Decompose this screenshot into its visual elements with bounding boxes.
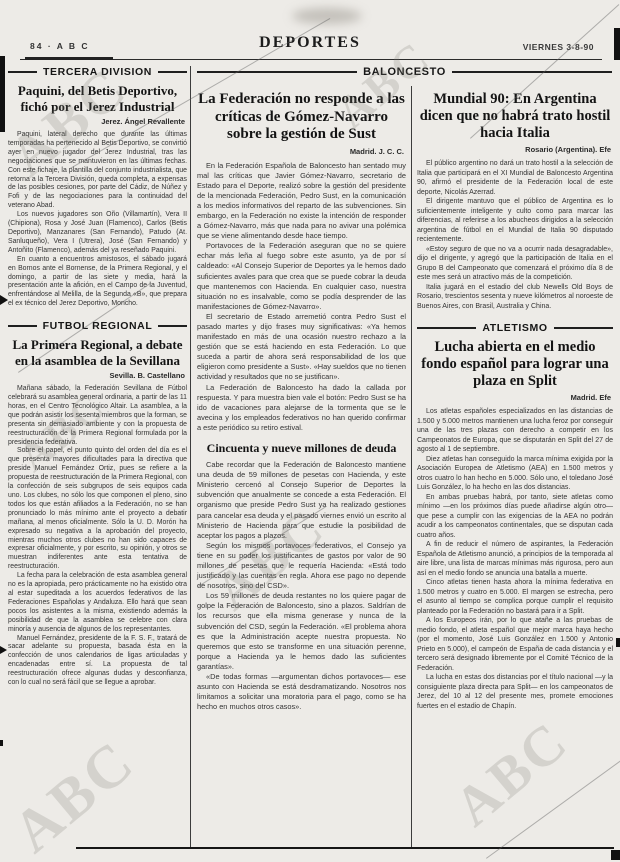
kicker-label: TERCERA DIVISION: [43, 66, 152, 78]
kicker-rule: [8, 71, 37, 73]
body-paragraph: Portavoces de la Federación aseguran que…: [197, 241, 406, 312]
body-paragraph: El público argentino no dará un trato ho…: [417, 159, 613, 197]
headline: Lucha abierta en el medio fondo español …: [417, 339, 613, 390]
body-paragraph: A fin de reducir el número de aspirantes…: [417, 540, 613, 578]
byline: Madrid. J. C. C.: [197, 147, 404, 156]
byline: Sevilla. B. Castellano: [8, 371, 185, 380]
abc-watermark: ABC: [0, 726, 148, 862]
kicker-rule: [158, 325, 187, 327]
body-paragraph: A los Europeos irán, por lo que atañe a …: [417, 616, 613, 673]
kicker-label: FUTBOL REGIONAL: [43, 320, 153, 332]
section-header-atletismo: ATLETISMO: [417, 322, 613, 334]
section-header-baloncesto: BALONCESTO: [197, 66, 612, 78]
body-paragraph: «Estoy seguro de que no va a ocurrir nad…: [417, 245, 613, 283]
kicker-rule: [197, 71, 357, 73]
issue-date: VIERNES 3-8-90: [523, 42, 594, 52]
column-divider: [411, 86, 412, 848]
kicker-rule: [158, 71, 187, 73]
headline: La Federación no responde a las críticas…: [197, 91, 406, 144]
scan-artifact: [0, 295, 8, 305]
body-paragraph: En cuanto a encuentros amistosos, el sáb…: [8, 256, 187, 309]
headline: Paquini, del Betis Deportivo, fichó por …: [8, 83, 187, 114]
kicker-label: ATLETISMO: [482, 322, 547, 334]
body-paragraph: Mañana sábado, la Federación Sevillana d…: [8, 385, 187, 447]
scan-smudge: [292, 8, 362, 24]
body-paragraph: Los 59 millones de deuda restantes no lo…: [197, 591, 406, 672]
body-paragraph: Paquini, lateral derecho que durante las…: [8, 131, 187, 211]
body-paragraph: Manuel Fernández, presidente de la F. S.…: [8, 635, 187, 688]
center-column: La Federación no responde a las críticas…: [197, 86, 406, 712]
body-paragraph: En la Federación Española de Baloncesto …: [197, 161, 406, 242]
body-paragraph: Cabe recordar que la Federación de Balon…: [197, 460, 406, 541]
body-paragraph: En ambas pruebas habrá, por tanto, siete…: [417, 493, 613, 541]
scan-artifact: [0, 740, 3, 746]
kicker-rule: [452, 71, 612, 73]
kicker-rule: [417, 327, 476, 329]
scan-artifact: [0, 56, 5, 132]
byline: Rosario (Argentina). Efe: [417, 145, 611, 154]
body-paragraph: Italia jugará en el estadio del club New…: [417, 283, 613, 312]
body-paragraph: Los atletas españoles especializados en …: [417, 407, 613, 455]
byline: Madrid. Efe: [417, 393, 611, 402]
scan-artifact: [614, 28, 620, 60]
body-paragraph: Diez atletas han conseguido la marca mín…: [417, 455, 613, 493]
kicker-label: BALONCESTO: [363, 66, 446, 78]
bottom-rule: [76, 847, 614, 849]
column-divider: [190, 66, 191, 848]
body-paragraph: «De todas formas —argumentan dichos port…: [197, 672, 406, 712]
subheadline: Cincuenta y nueve millones de deuda: [197, 441, 406, 455]
section-header-futbol-regional: FUTBOL REGIONAL: [8, 320, 187, 332]
left-column: TERCERA DIVISION Paquini, del Betis Depo…: [8, 64, 187, 688]
right-column: Mundial 90: En Argentina dicen que no ha…: [417, 86, 613, 711]
body-paragraph: El dirigente mantuvo que el público de A…: [417, 197, 613, 245]
scan-artifact: [616, 638, 620, 647]
kicker-rule: [8, 325, 37, 327]
scan-scratch: [486, 752, 620, 859]
scan-artifact: [611, 850, 620, 860]
abc-watermark: ABC: [442, 709, 581, 840]
body-paragraph: Cinco atletas tienen hasta ahora la míni…: [417, 578, 613, 616]
masthead-rule-thick: [25, 57, 113, 60]
body-paragraph: La fecha para la celebración de esta asa…: [8, 572, 187, 634]
body-paragraph: Los nuevos jugadores son Oño (Villamartí…: [8, 211, 187, 256]
section-header-tercera-division: TERCERA DIVISION: [8, 66, 187, 78]
headline: La Primera Regional, a debate en la asam…: [8, 337, 187, 368]
body-paragraph: El secretario de Estado arremetió contra…: [197, 312, 406, 383]
body-paragraph: Sobre el papel, el punto quinto del orde…: [8, 447, 187, 572]
body-paragraph: La lucha en estas dos distancias por el …: [417, 673, 613, 711]
kicker-rule: [554, 327, 613, 329]
newspaper-page: 84 · A B C DEPORTES VIERNES 3-8-90 BALON…: [0, 0, 620, 862]
body-paragraph: La Federación de Baloncesto ha dado la c…: [197, 383, 406, 433]
scan-artifact: [0, 646, 7, 654]
byline: Jerez. Ángel Revallente: [8, 117, 185, 126]
